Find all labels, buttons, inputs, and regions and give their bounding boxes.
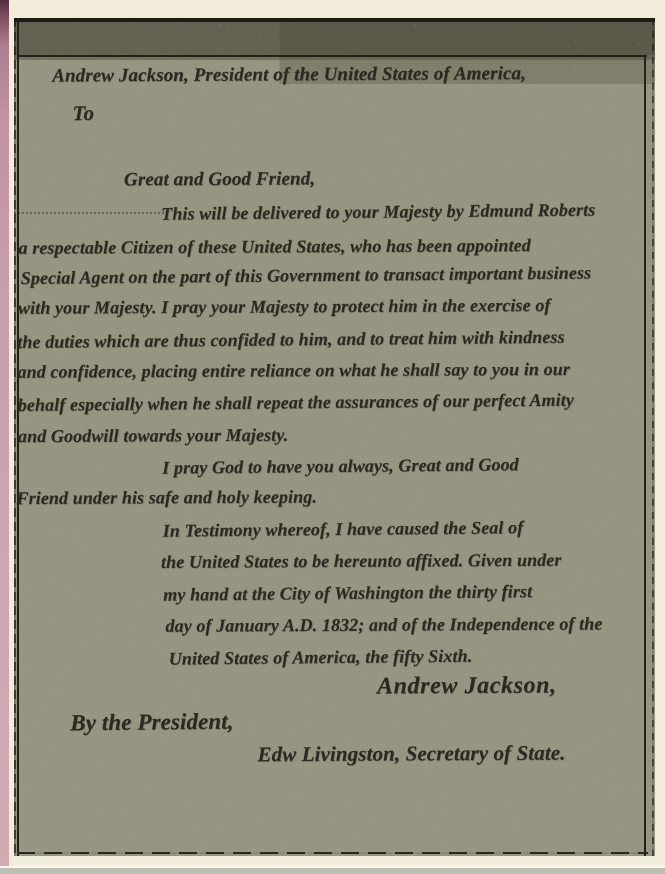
by-the-president-line: By the President, [70, 709, 234, 736]
letter-title: Andrew Jackson, President of the United … [52, 64, 526, 87]
body-line: In Testimony whereof, I have caused the … [163, 518, 524, 541]
scan-bottom-strip [0, 866, 665, 874]
countersignature-livingston: Edw Livingston, Secretary of State. [257, 742, 565, 767]
body-line: behalf especially when he shall repeat t… [18, 391, 574, 416]
body-line: This will be delivered to your Majesty b… [161, 201, 595, 225]
scan-edge-left-strip [0, 0, 9, 874]
body-line: United States of America, the fifty Sixt… [169, 647, 473, 670]
body-line: Special Agent on the part of this Govern… [21, 263, 592, 288]
letter-salutation: Great and Good Friend, [124, 169, 315, 191]
body-line: Friend under his safe and holy keeping. [16, 488, 317, 509]
body-line: and Goodwill towards your Majesty. [18, 426, 288, 447]
signature-andrew-jackson: Andrew Jackson, [377, 672, 557, 699]
body-line: and confidence, placing entire reliance … [17, 360, 570, 383]
body-line: I pray God to have you always, Great and… [162, 455, 519, 478]
letter-to-label: To [72, 102, 94, 125]
body-line: with your Majesty. I pray your Majesty t… [18, 296, 551, 319]
body-line: the duties which are thus confided to hi… [17, 328, 565, 353]
handwriting-layer: Andrew Jackson, President of the United … [11, 15, 659, 858]
body-line: the United States to be hereunto affixed… [161, 551, 562, 573]
letter-document: Andrew Jackson, President of the United … [14, 18, 655, 856]
scanned-letter-page: { "doc": { "title_line": "Andrew Jackson… [0, 0, 665, 874]
body-line: day of January A.D. 1832; and of the Ind… [165, 614, 602, 636]
body-line: my hand at the City of Washington the th… [163, 582, 532, 605]
body-line: a respectable Citizen of these United St… [18, 236, 530, 258]
